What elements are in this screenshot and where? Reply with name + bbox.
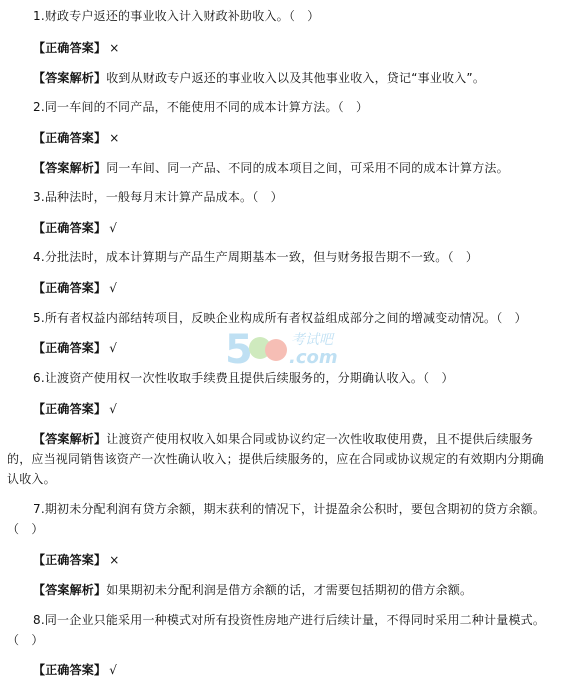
watermark-text: 考试吧 (291, 329, 333, 349)
analysis-text: 收到从财政专户返还的事业收入以及其他事业收入，贷记“事业收入”。 (106, 71, 485, 85)
answer-8: 【正确答案】√ (33, 662, 117, 678)
question-6: 6.让渡资产使用权一次性收取手续费且提供后续服务的，分期确认收入。（ ） (33, 370, 454, 386)
check-mark-icon: √ (109, 341, 117, 355)
analysis-label: 【答案解析】 (33, 432, 106, 446)
analysis-text: 让渡资产使用权收入如果合同或协议约定一次性收取使用费，且不提供后续服务 (106, 432, 533, 446)
check-mark-icon: √ (109, 402, 117, 416)
question-7-line-2: （ ） (7, 521, 44, 537)
analysis-text: 同一车间、同一产品、不同的成本项目之间，可采用不同的成本计算方法。 (106, 161, 509, 175)
answer-label: 【正确答案】 (33, 131, 106, 145)
answer-7: 【正确答案】× (33, 552, 119, 568)
answer-2: 【正确答案】× (33, 130, 119, 146)
answer-4: 【正确答案】√ (33, 280, 117, 296)
check-mark-icon: √ (109, 221, 117, 235)
question-7-line-1: 7.期初未分配利润有贷方余额，期末获利的情况下，计提盈余公积时，要包含期初的贷方… (33, 501, 545, 517)
analysis-7: 【答案解析】如果期初未分配利润是借方余额的话，才需要包括期初的借方余额。 (33, 582, 472, 598)
watermark-domain: .com (289, 347, 338, 368)
analysis-6-line-3: 认收入。 (7, 471, 56, 487)
answer-label: 【正确答案】 (33, 221, 106, 235)
question-8-line-2: （ ） (7, 632, 44, 648)
answer-label: 【正确答案】 (33, 341, 106, 355)
analysis-label: 【答案解析】 (33, 583, 106, 597)
answer-label: 【正确答案】 (33, 553, 106, 567)
question-3: 3.品种法时，一般每月末计算产品成本。（ ） (33, 189, 283, 205)
answer-label: 【正确答案】 (33, 663, 106, 677)
analysis-6-line-1: 【答案解析】让渡资产使用权收入如果合同或协议约定一次性收取使用费，且不提供后续服… (33, 431, 533, 447)
question-8-line-1: 8.同一企业只能采用一种模式对所有投资性房地产进行后续计量，不得同时采用二种计量… (33, 612, 545, 628)
answer-label: 【正确答案】 (33, 402, 106, 416)
check-mark-icon: √ (109, 663, 117, 677)
answer-5: 【正确答案】√ (33, 340, 117, 356)
question-4: 4.分批法时，成本计算期与产品生产周期基本一致，但与财务报告期不一致。（ ） (33, 249, 478, 265)
answer-1: 【正确答案】× (33, 40, 119, 56)
analysis-6-line-2: 的，应当视同销售该资产一次性确认收入；提供后续服务的，应在合同或协议规定的有效期… (7, 451, 544, 467)
analysis-2: 【答案解析】同一车间、同一产品、不同的成本项目之间，可采用不同的成本计算方法。 (33, 160, 509, 176)
analysis-label: 【答案解析】 (33, 161, 106, 175)
wrong-mark-icon: × (109, 553, 119, 567)
wrong-mark-icon: × (109, 131, 119, 145)
watermark-red-circle-icon (265, 339, 287, 361)
answer-label: 【正确答案】 (33, 281, 106, 295)
analysis-1: 【答案解析】收到从财政专户返还的事业收入以及其他事业收入，贷记“事业收入”。 (33, 70, 485, 86)
wrong-mark-icon: × (109, 41, 119, 55)
analysis-text: 如果期初未分配利润是借方余额的话，才需要包括期初的借方余额。 (106, 583, 472, 597)
question-1: 1.财政专户返还的事业收入计入财政补助收入。（ ） (33, 8, 319, 24)
answer-label: 【正确答案】 (33, 41, 106, 55)
answer-3: 【正确答案】√ (33, 220, 117, 236)
analysis-label: 【答案解析】 (33, 71, 106, 85)
question-5: 5.所有者权益内部结转项目，反映企业构成所有者权益组成部分之间的增减变动情况。（… (33, 310, 527, 326)
check-mark-icon: √ (109, 281, 117, 295)
answer-6: 【正确答案】√ (33, 401, 117, 417)
question-2: 2.同一车间的不同产品，不能使用不同的成本计算方法。（ ） (33, 99, 368, 115)
